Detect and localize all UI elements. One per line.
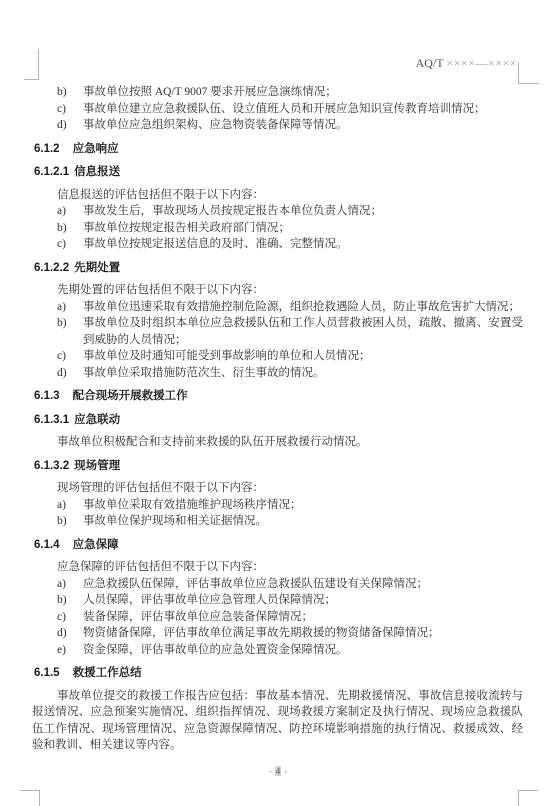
list-item: a)事故单位迅速采取有效措施控制危险源，组织抢救遇险人员，防止事故危害扩大情况； — [32, 299, 523, 316]
list-item-marker: c) — [57, 348, 66, 365]
list-item-text: 人员保障，评估事故单位应急管理人员保障情况； — [83, 594, 336, 606]
list-item-marker: d) — [57, 625, 67, 642]
section-heading: 6.1.2.2先期处置 — [32, 260, 523, 277]
list-item: c)事故单位建立应急救援队伍、设立值班人员和开展应急知识宣传教育培训情况； — [32, 101, 523, 118]
list-item-marker: a) — [57, 497, 66, 514]
list-item-marker: b) — [57, 315, 67, 332]
section-number: 6.1.3.2 — [34, 460, 69, 472]
standard-code-suffix: ××××—×××× — [446, 56, 517, 70]
list-item-text: 事故单位按规定报送信息的及时、准确、完整情况。 — [83, 238, 348, 250]
list-item: d)事故单位应急组织架构、应急物资装备保障等情况。 — [32, 117, 523, 134]
list-item: d)物资储备保障，评估事故单位满足事故先期救援的物资储备保障情况； — [32, 625, 523, 642]
document-page: AQ/T ××××—×××× b)事故单位按照 AQ/T 9007 要求开展应急… — [0, 0, 556, 806]
list-item-marker: c) — [57, 609, 66, 626]
document-body: b)事故单位按照 AQ/T 9007 要求开展应急演练情况；c)事故单位建立应急… — [32, 84, 523, 754]
list-item: c)事故单位及时通知可能受到事故影响的单位和人员情况； — [32, 348, 523, 365]
section-title: 应急响应 — [73, 143, 119, 155]
list-item-marker: a) — [57, 203, 66, 220]
list-item-text: 应急救援队伍保障，评估事故单位应急救援队伍建设有关保障情况； — [83, 578, 428, 590]
list-item-marker: a) — [57, 299, 66, 316]
list-item-text: 物资储备保障，评估事故单位满足事故先期救援的物资储备保障情况； — [83, 627, 440, 639]
section-title: 先期处置 — [74, 262, 120, 274]
list-item: e)资金保障，评估事故单位的应急处置资金保障情况。 — [32, 642, 523, 659]
section-number: 6.1.4 — [34, 539, 60, 551]
section-heading: 6.1.3.2现场管理 — [32, 458, 523, 475]
section-heading: 6.1.2应急响应 — [32, 141, 523, 158]
paragraph: 现场管理的评估包括但不限于以下内容： — [32, 480, 523, 497]
list-item: c)事故单位按规定报送信息的及时、准确、完整情况。 — [32, 236, 523, 253]
section-heading: 6.1.5救援工作总结 — [32, 665, 523, 682]
section-heading: 6.1.3配合现场开展救援工作 — [32, 388, 523, 405]
section-title: 应急保障 — [73, 539, 119, 551]
list-item-marker: c) — [57, 236, 66, 253]
list-item-text: 事故单位及时通知可能受到事故影响的单位和人员情况； — [83, 350, 371, 362]
section-heading: 6.1.2.1信息报送 — [32, 164, 523, 181]
page-number: 4 — [275, 766, 282, 776]
section-title: 配合现场开展救援工作 — [73, 390, 188, 402]
section-number: 6.1.2 — [34, 143, 60, 155]
list-item: a)事故单位采取有效措施维护现场秩序情况； — [32, 497, 523, 514]
footer-dash-left: - — [269, 766, 272, 776]
list-item-marker: a) — [57, 576, 66, 593]
list-item-marker: d) — [57, 117, 67, 134]
list-item: b)事故单位保护现场和相关证据情况。 — [32, 513, 523, 530]
section-title: 现场管理 — [74, 460, 120, 472]
page-footer: -4- — [0, 765, 556, 777]
crop-mark-top-right — [518, 62, 539, 84]
list-item-marker: c) — [57, 101, 66, 118]
crop-mark-bottom-left — [20, 790, 40, 806]
list-item-marker: b) — [57, 513, 67, 530]
list-item: a)事故发生后，事故现场人员按规定报告本单位负责人情况； — [32, 203, 523, 220]
section-number: 6.1.2.1 — [34, 166, 69, 178]
section-title: 信息报送 — [74, 166, 120, 178]
list-item-marker: b) — [57, 84, 67, 101]
list-item: b)人员保障，评估事故单位应急管理人员保障情况； — [32, 592, 523, 609]
list-item-text: 事故单位迅速采取有效措施控制危险源，组织抢救遇险人员，防止事故危害扩大情况； — [83, 301, 520, 313]
list-item: b)事故单位按规定报告相关政府部门情况； — [32, 220, 523, 237]
list-item: a)应急救援队伍保障，评估事故单位应急救援队伍建设有关保障情况； — [32, 576, 523, 593]
list-item: d)事故单位采取措施防范次生、衍生事故的情况。 — [32, 365, 523, 382]
list-item-marker: b) — [57, 220, 67, 237]
list-item: b)事故单位按照 AQ/T 9007 要求开展应急演练情况； — [32, 84, 523, 101]
footer-dash-right: - — [284, 766, 287, 776]
list-item-text: 事故发生后，事故现场人员按规定报告本单位负责人情况； — [83, 205, 382, 217]
paragraph: 先期处置的评估包括但不限于以下内容： — [32, 282, 523, 299]
list-item-text: 事故单位采取措施防范次生、衍生事故的情况。 — [83, 367, 325, 379]
list-item-text: 事故单位建立应急救援队伍、设立值班人员和开展应急知识宣传教育培训情况； — [83, 103, 486, 115]
list-item-marker: e) — [57, 642, 66, 659]
list-item: c)装备保障，评估事故单位应急装备保障情况； — [32, 609, 523, 626]
list-item-text: 事故单位采取有效措施维护现场秩序情况； — [83, 499, 302, 511]
paragraph: 信息报送的评估包括但不限于以下内容： — [32, 187, 523, 204]
list-item-marker: b) — [57, 592, 67, 609]
list-item-text: 资金保障，评估事故单位的应急处置资金保障情况。 — [83, 644, 348, 656]
standard-code-prefix: AQ/T — [416, 56, 444, 70]
section-number: 6.1.2.2 — [34, 262, 69, 274]
paragraph: 事故单位积极配合和支持前来救援的队伍开展救援行动情况。 — [32, 434, 523, 451]
crop-mark-bottom-right — [518, 790, 538, 806]
section-heading: 6.1.4应急保障 — [32, 537, 523, 554]
list-item-marker: d) — [57, 365, 67, 382]
paragraph: 事故单位提交的救援工作报告应包括：事故基本情况、先期救援情况、事故信息接收流转与… — [32, 688, 523, 754]
section-title: 救援工作总结 — [73, 667, 142, 679]
section-number: 6.1.3.1 — [34, 414, 69, 426]
section-number: 6.1.5 — [34, 667, 60, 679]
list-item-text: 事故单位应急组织架构、应急物资装备保障等情况。 — [83, 119, 348, 131]
section-heading: 6.1.3.1应急联动 — [32, 412, 523, 429]
section-title: 应急联动 — [74, 414, 120, 426]
list-item-text: 事故单位保护现场和相关证据情况。 — [83, 515, 267, 527]
list-item-text: 事故单位按规定报告相关政府部门情况； — [83, 222, 290, 234]
crop-mark-top-left — [24, 49, 39, 80]
list-item-text: 事故单位及时组织本单位应急救援队伍和工作人员营救被困人员，疏散、撤离、安置受到威… — [83, 317, 523, 346]
list-item: b)事故单位及时组织本单位应急救援队伍和工作人员营救被困人员，疏散、撤离、安置受… — [32, 315, 523, 348]
list-item-text: 装备保障，评估事故单位应急装备保障情况； — [83, 611, 313, 623]
page-header: AQ/T ××××—×××× — [0, 56, 517, 70]
section-number: 6.1.3 — [34, 390, 60, 402]
paragraph: 应急保障的评估包括但不限于以下内容： — [32, 559, 523, 576]
list-item-text: 事故单位按照 AQ/T 9007 要求开展应急演练情况； — [83, 86, 337, 98]
